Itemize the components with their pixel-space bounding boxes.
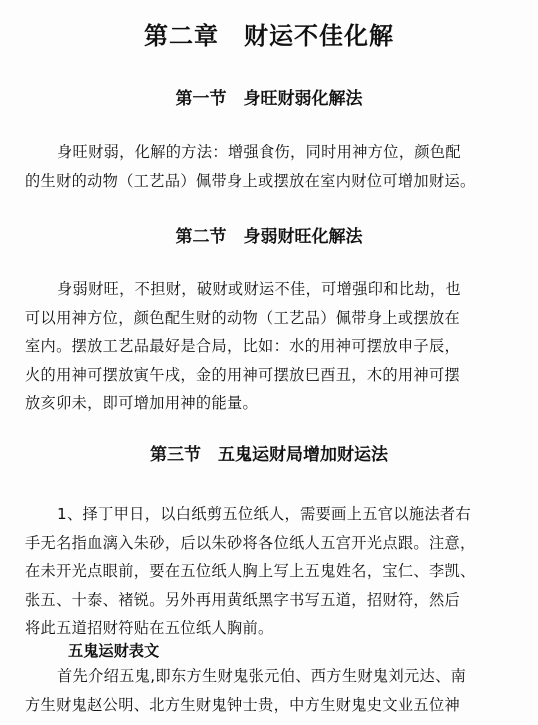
paragraph-line: 1、择丁甲日，以白纸剪五位纸人，需要画上五官以施法者右 [25, 500, 495, 529]
subheading-wugui-biaowen: 五鬼运财表文 [68, 640, 159, 661]
paragraph-line: 火的用神可摆放寅午戌，金的用神可摆放巳酉丑，木的用神可摆 [25, 361, 495, 390]
section-3-title: 第三节 五鬼运财局增加财运法 [0, 440, 538, 465]
section-1-paragraph: 身旺财弱，化解的方法：增强食伤，同时用神方位，颜色配 的生财的动物（工艺品）佩带… [25, 138, 495, 195]
section-3-paragraph: 1、择丁甲日，以白纸剪五位纸人，需要画上五官以施法者右 手无名指血漓入朱砂，后以… [25, 500, 495, 643]
paragraph-line: 的生财的动物（工艺品）佩带身上或摆放在室内财位可增加财运。 [25, 167, 495, 196]
paragraph-line: 放亥卯未，即可增加用神的能量。 [25, 389, 495, 418]
paragraph-line: 方生财鬼赵公明、北方生财鬼钟士贵，中方生财鬼史文业五位神 [25, 691, 495, 720]
section-2-title: 第二节 身弱财旺化解法 [0, 222, 538, 247]
section-1-title: 第一节 身旺财弱化解法 [0, 84, 538, 109]
chapter-title: 第二章 财运不佳化解 [0, 16, 538, 51]
paragraph-line: 身弱财旺，不担财，破财或财运不佳，可增强印和比劫，也 [25, 275, 495, 304]
document-page: 第二章 财运不佳化解 第一节 身旺财弱化解法 身旺财弱，化解的方法：增强食伤，同… [0, 0, 538, 725]
paragraph-line: 室内。摆放工艺品最好是合局，比如：水的用神可摆放申子辰， [25, 332, 495, 361]
section-2-paragraph: 身弱财旺，不担财，破财或财运不佳，可增强印和比劫，也 可以用神方位，颜色配生财的… [25, 275, 495, 418]
paragraph-line: 手无名指血漓入朱砂，后以朱砂将各位纸人五宫开光点跟。注意， [25, 529, 495, 558]
paragraph-line: 可以用神方位，颜色配生财的动物（工艺品）佩带身上或摆放在 [25, 304, 495, 333]
section-3-sub-paragraph: 首先介绍五鬼,即东方生财鬼张元伯、西方生财鬼刘元达、南 方生财鬼赵公明、北方生财… [25, 662, 495, 719]
paragraph-line: 张五、十泰、褚锐。另外再用黄纸黑字书写五道，招财符，然后 [25, 586, 495, 615]
paragraph-line: 在未开光点眼前，要在五位纸人胸上写上五鬼姓名，宝仁、李凯、 [25, 557, 495, 586]
paragraph-line: 将此五道招财符贴在五位纸人胸前。 [25, 614, 495, 643]
paragraph-line: 首先介绍五鬼,即东方生财鬼张元伯、西方生财鬼刘元达、南 [25, 662, 495, 691]
paragraph-line: 身旺财弱，化解的方法：增强食伤，同时用神方位，颜色配 [25, 138, 495, 167]
